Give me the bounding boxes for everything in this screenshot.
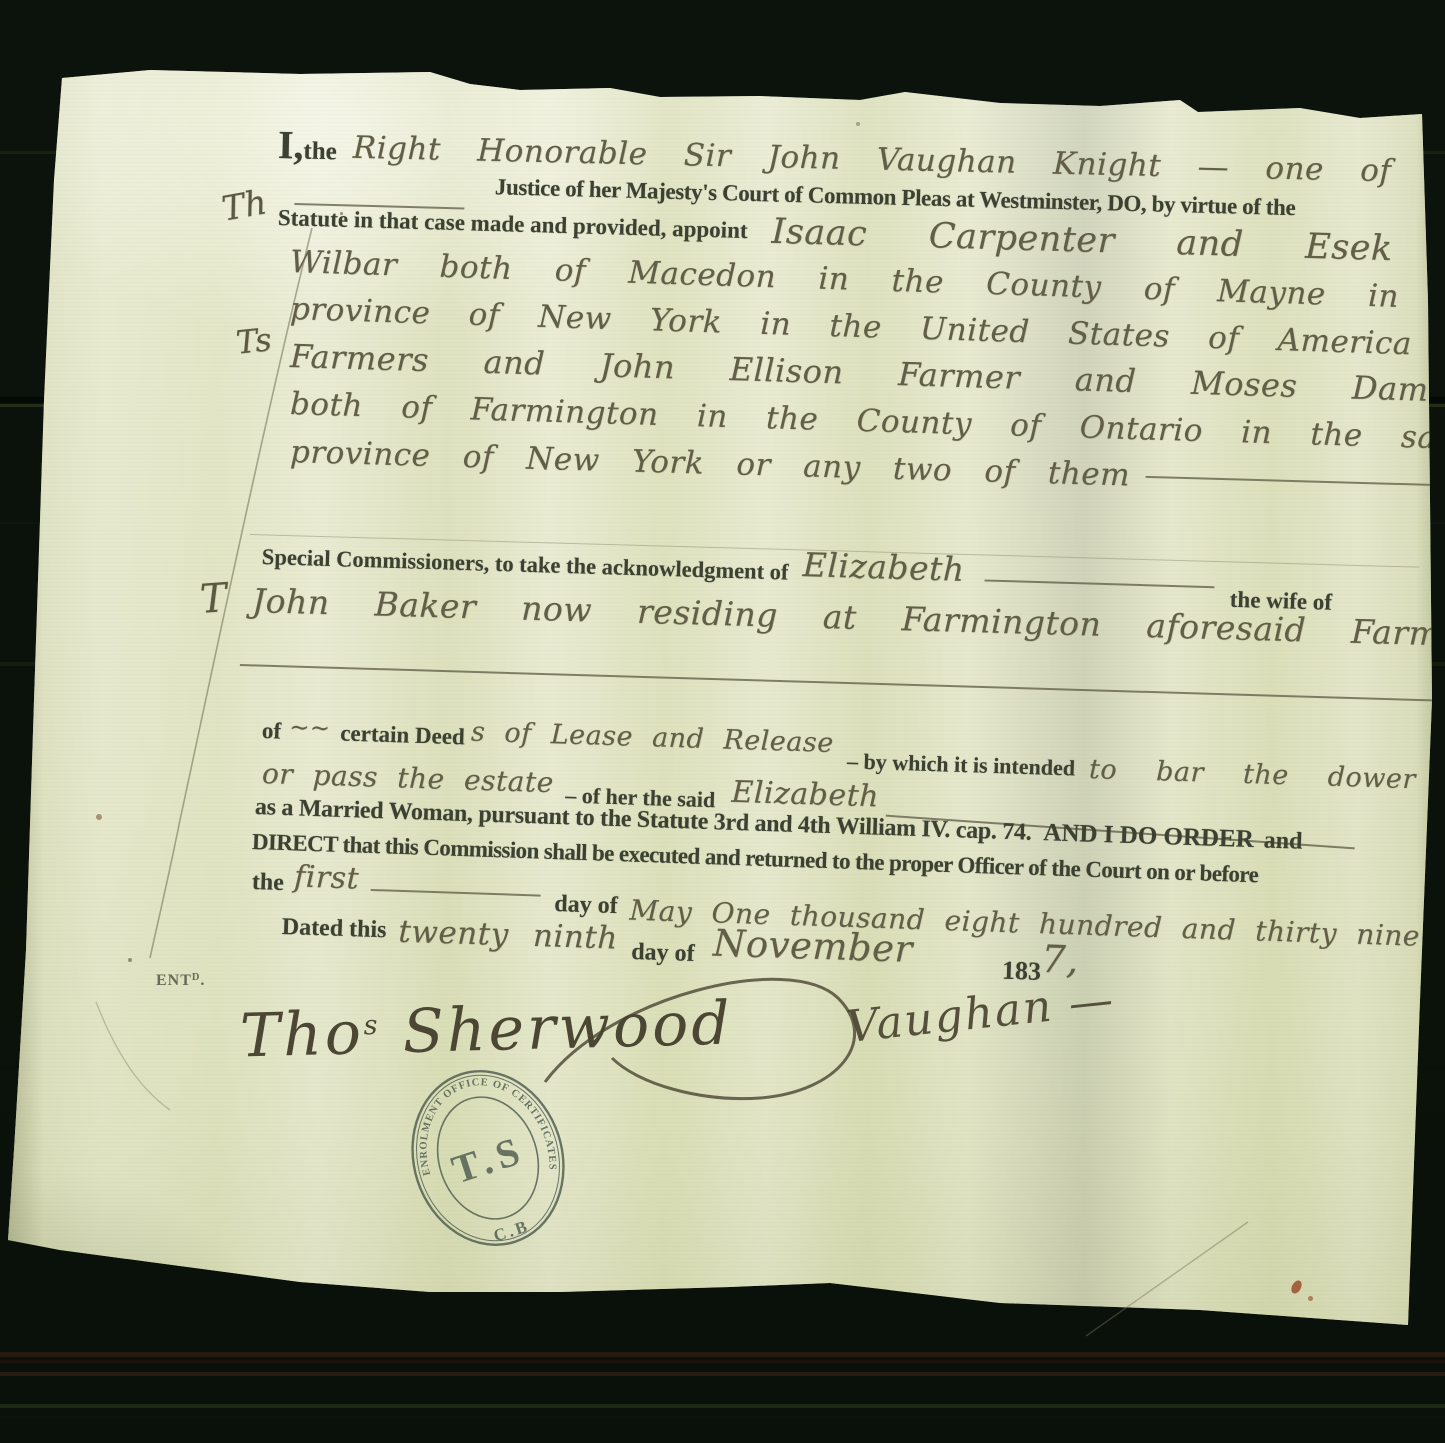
blank-line-rule — [984, 571, 1214, 589]
printed-text: and — [1263, 828, 1303, 854]
paper-speck — [856, 122, 860, 126]
handwritten-text: Elizabeth — [731, 777, 880, 813]
scan-streak — [0, 1372, 1445, 1376]
printed-text: of — [262, 719, 282, 744]
scanned-document-photo: ENTD. Thos Sherwood Vaughan — ENROLMENT … — [0, 0, 1445, 1443]
blank-line-rule — [240, 655, 1435, 701]
judge-signature: Vaughan — — [844, 974, 1117, 1053]
margin-initials: T — [198, 575, 228, 623]
handwritten-text: s of Lease and Release — [471, 719, 835, 759]
document-line-12 — [240, 654, 1435, 706]
handwritten-text: ~~ — [289, 715, 331, 741]
parchment-document: ENTD. Thos Sherwood Vaughan — ENROLMENT … — [0, 0, 1445, 1443]
paper-speck — [128, 958, 132, 962]
stamp-center-monogram: T.S — [446, 1127, 530, 1193]
handwritten-text: first — [294, 861, 360, 895]
svg-text:ENROLMENT OFFICE OF CERTIFICAT: ENROLMENT OFFICE OF CERTIFICATES — [398, 1059, 563, 1211]
blank-line-rule — [1146, 467, 1445, 488]
paper-speck — [1308, 1296, 1313, 1301]
blank-line-rule — [371, 880, 541, 896]
printed-text: certain Deed — [340, 721, 465, 749]
paper-speck — [1289, 1279, 1304, 1296]
printed-text: Dated this — [281, 915, 386, 943]
printed-text: I, — [278, 124, 305, 167]
printed-text: Statute in that case made and provided, … — [278, 206, 748, 243]
margin-initials: Ts — [234, 320, 273, 361]
printed-text: AND I DO ORDER — [1043, 820, 1254, 853]
stamp-bottom-text: C.B — [491, 1216, 532, 1245]
handwritten-text: Elizabeth — [802, 548, 965, 587]
paper-speck — [96, 814, 102, 820]
printed-text: the — [251, 870, 284, 896]
stamp-ring-text: ENROLMENT OFFICE OF CERTIFICATES — [398, 1059, 563, 1211]
scan-streak — [0, 1404, 1445, 1408]
scan-streak — [0, 1360, 1445, 1363]
printed-text: day of — [631, 940, 695, 967]
scan-streak — [0, 1416, 1445, 1419]
handwritten-text: Isaac Carpenter and Esek — [771, 214, 1393, 268]
printed-text: Special Commissioners, to take the ackno… — [262, 545, 789, 584]
handwritten-text: 7, — [1041, 940, 1080, 981]
handwritten-text: province of New York or any two of them — [290, 436, 1131, 492]
handwritten-text: twenty ninth — [398, 916, 618, 955]
margin-initials: Th — [219, 182, 270, 229]
printed-text: 183 — [1002, 957, 1042, 986]
enrolment-office-stamp: ENROLMENT OFFICE OF CERTIFICATES C.B T.S — [372, 1035, 605, 1281]
scan-streak — [0, 1352, 1445, 1357]
printed-text: the — [303, 139, 337, 166]
handwritten-text: or pass the estate — [262, 759, 555, 798]
handwritten-text: November — [712, 925, 913, 970]
entered-mark: ENTD. — [156, 972, 205, 990]
printed-text: – by which it is intended — [847, 749, 1076, 779]
